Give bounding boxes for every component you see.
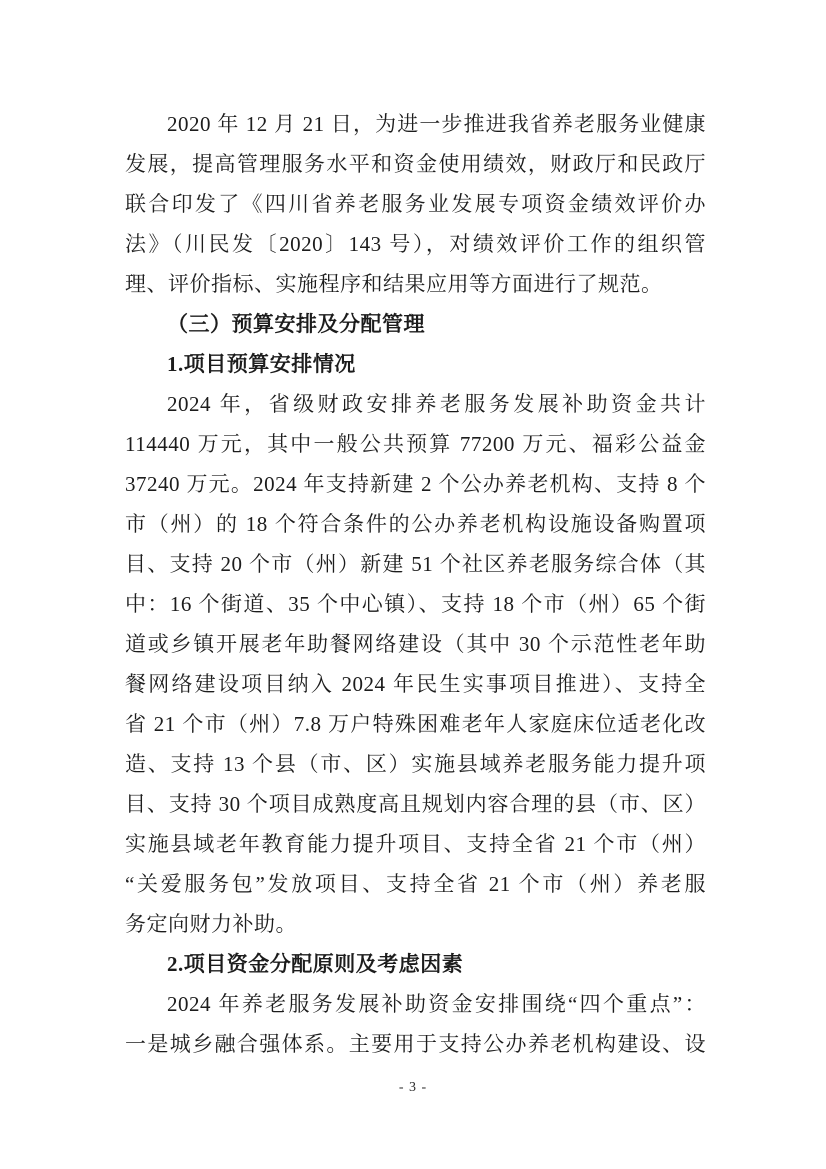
- body-line: 市（州）的 18 个符合条件的公办养老机构设施设备购置项: [125, 504, 706, 544]
- body-line: 2024 年养老服务发展补助资金安排围绕“四个重点”：: [125, 984, 706, 1024]
- page-number: - 3 -: [0, 1080, 826, 1096]
- body-line: 发展，提高管理服务水平和资金使用绩效，财政厅和民政厅: [125, 144, 706, 184]
- body-line: 务定向财力补助。: [125, 904, 706, 944]
- section-heading: （三）预算安排及分配管理: [125, 304, 706, 344]
- document-page: 2020 年 12 月 21 日，为进一步推进我省养老服务业健康 发展，提高管理…: [0, 0, 826, 1169]
- document-body: 2020 年 12 月 21 日，为进一步推进我省养老服务业健康 发展，提高管理…: [125, 104, 706, 1064]
- body-line: 114440 万元，其中一般公共预算 77200 万元、福彩公益金: [125, 424, 706, 464]
- body-line: 2020 年 12 月 21 日，为进一步推进我省养老服务业健康: [125, 104, 706, 144]
- body-line: 联合印发了《四川省养老服务业发展专项资金绩效评价办: [125, 184, 706, 224]
- body-line: 省 21 个市（州）7.8 万户特殊困难老年人家庭床位适老化改: [125, 704, 706, 744]
- body-line: 目、支持 30 个项目成熟度高且规划内容合理的县（市、区）: [125, 784, 706, 824]
- body-line: “关爱服务包”发放项目、支持全省 21 个市（州）养老服: [125, 864, 706, 904]
- section-heading: 1.项目预算安排情况: [125, 344, 706, 384]
- body-line: 一是城乡融合强体系。主要用于支持公办养老机构建设、设: [125, 1024, 706, 1064]
- body-line: 目、支持 20 个市（州）新建 51 个社区养老服务综合体（其: [125, 544, 706, 584]
- body-line: 中：16 个街道、35 个中心镇）、支持 18 个市（州）65 个街: [125, 584, 706, 624]
- body-line: 造、支持 13 个县（市、区）实施县域养老服务能力提升项: [125, 744, 706, 784]
- section-heading: 2.项目资金分配原则及考虑因素: [125, 944, 706, 984]
- body-line: 道或乡镇开展老年助餐网络建设（其中 30 个示范性老年助: [125, 624, 706, 664]
- body-line: 实施县域老年教育能力提升项目、支持全省 21 个市（州）: [125, 824, 706, 864]
- body-line: 理、评价指标、实施程序和结果应用等方面进行了规范。: [125, 264, 706, 304]
- body-line: 2024 年，省级财政安排养老服务发展补助资金共计: [125, 384, 706, 424]
- body-line: 餐网络建设项目纳入 2024 年民生实事项目推进）、支持全: [125, 664, 706, 704]
- body-line: 法》（川民发〔2020〕143 号），对绩效评价工作的组织管: [125, 224, 706, 264]
- body-line: 37240 万元。2024 年支持新建 2 个公办养老机构、支持 8 个: [125, 464, 706, 504]
